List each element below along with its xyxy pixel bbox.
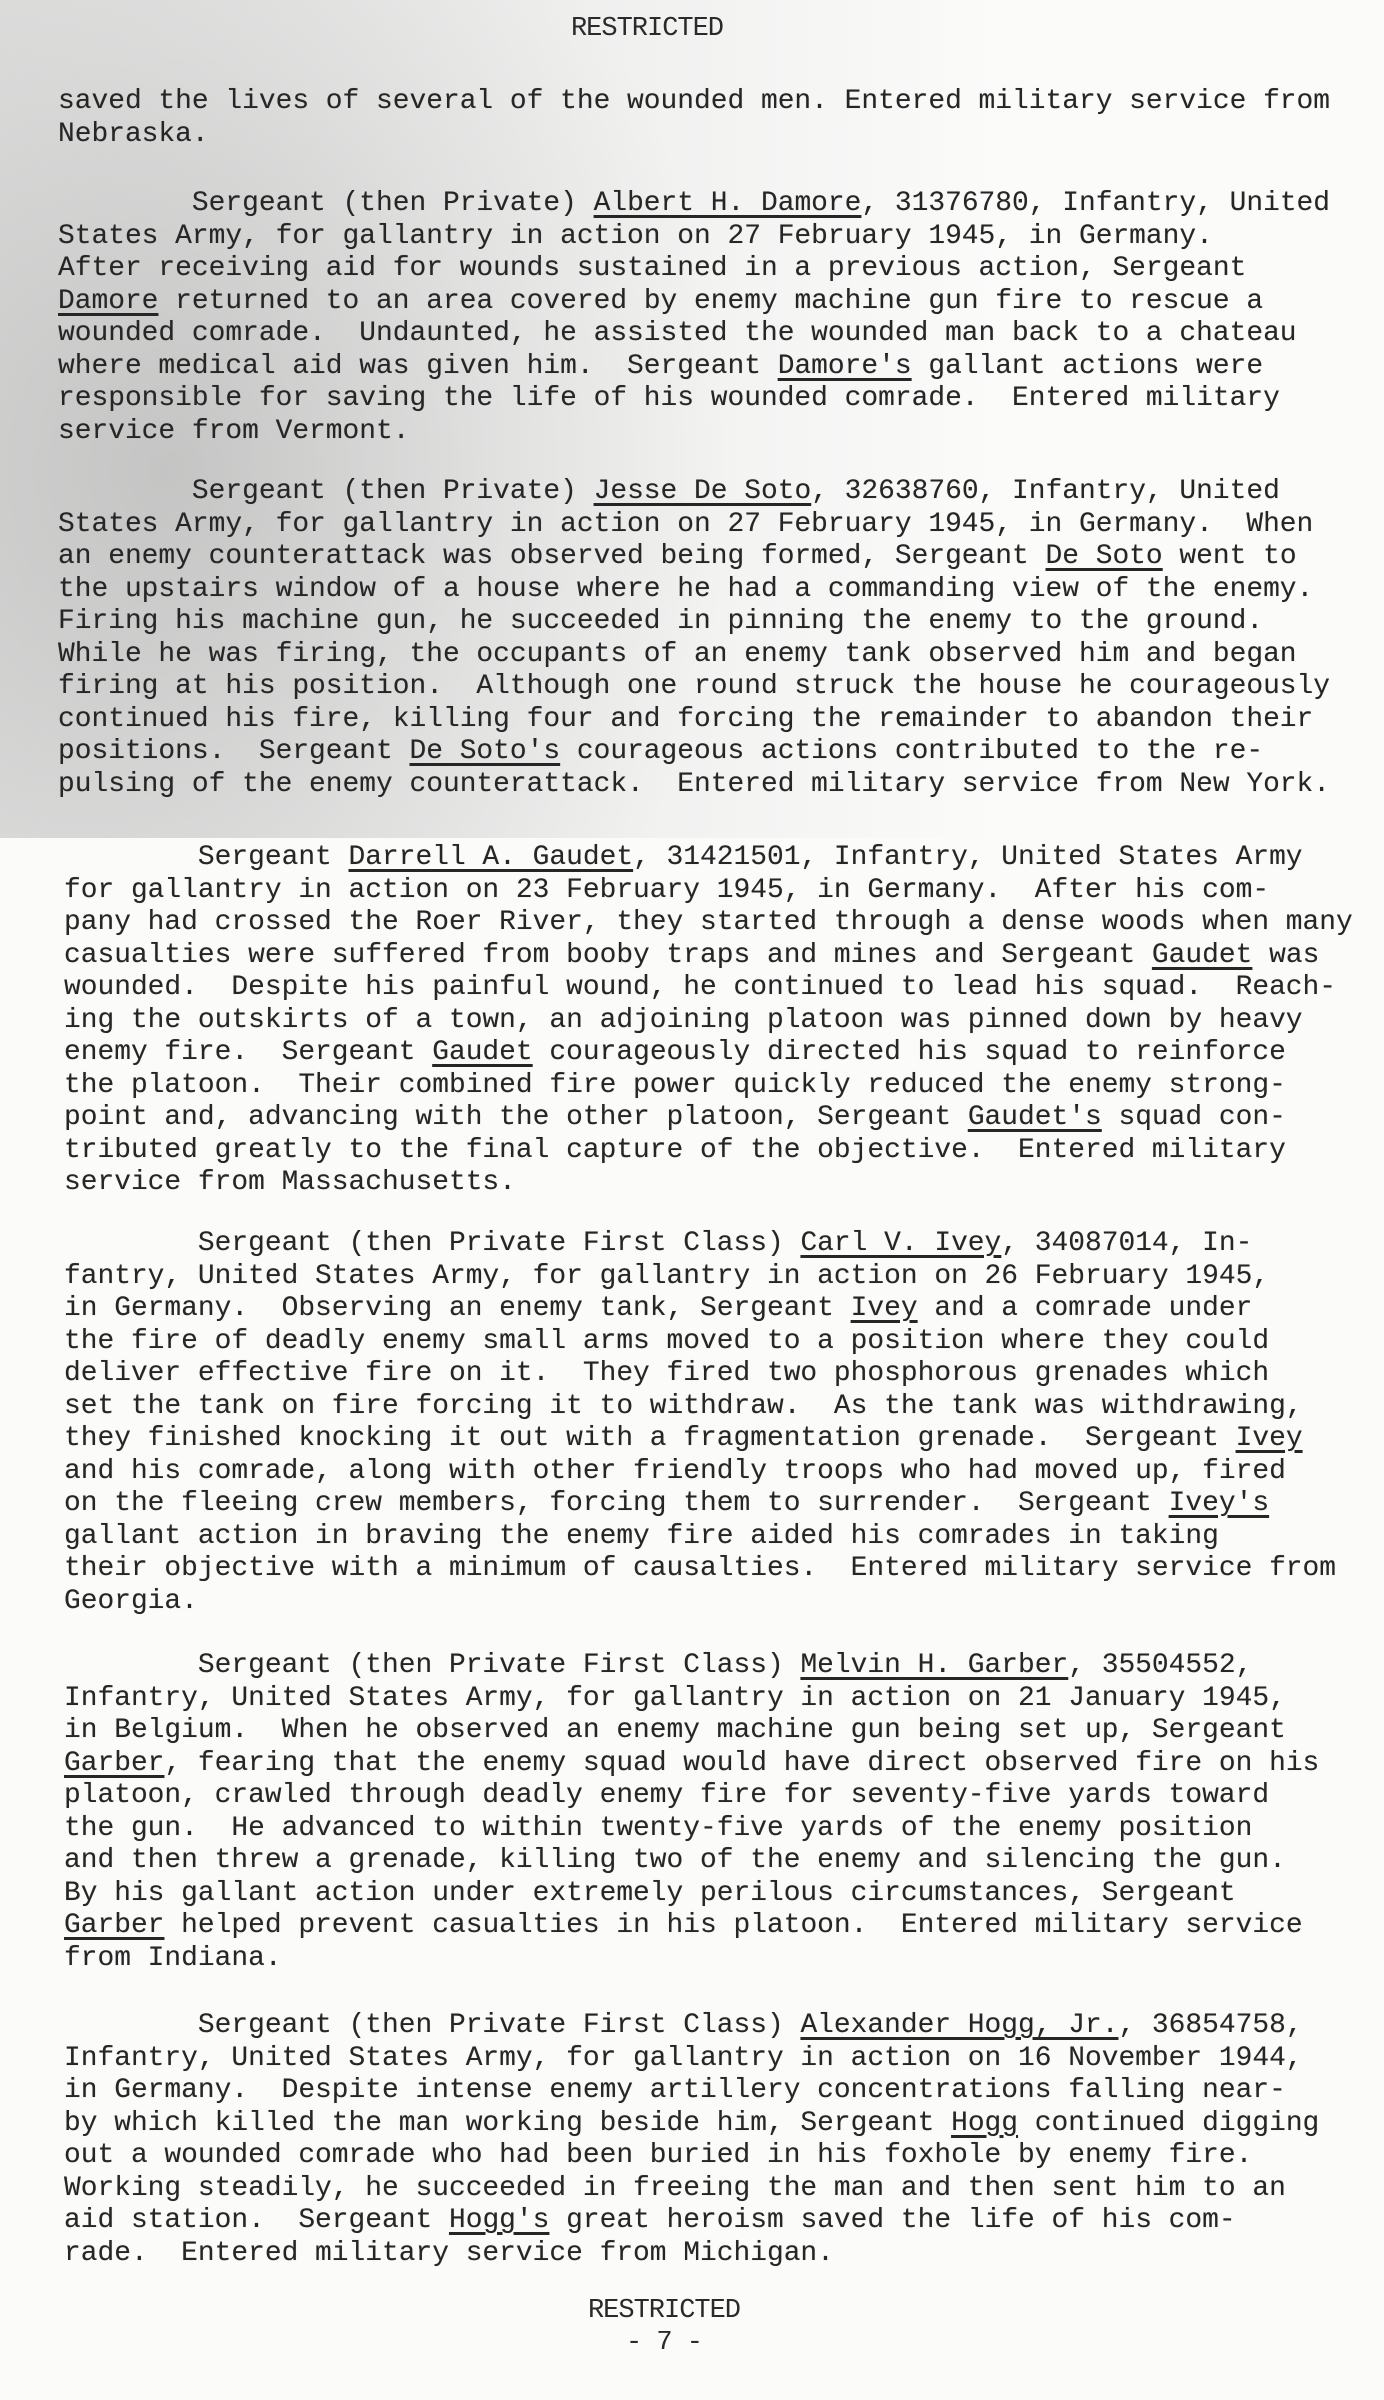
text-line: responsible for saving the life of his w… [58, 383, 1358, 416]
text-line: set the tank on fire forcing it to withd… [64, 1391, 1364, 1424]
text-line: by which killed the man working beside h… [64, 2108, 1364, 2141]
text-segment: firing at his position. Although one rou… [58, 671, 1330, 702]
text-segment: Nebraska. [58, 119, 209, 150]
text-line: out a wounded comrade who had been burie… [64, 2140, 1364, 2173]
text-segment: in Germany. Observing an enemy tank, Ser… [64, 1293, 851, 1324]
underlined-name: De Soto's [409, 736, 560, 767]
text-line: wounded. Despite his painful wound, he c… [64, 972, 1364, 1005]
text-line: Nebraska. [58, 119, 1358, 152]
text-segment: ing the outskirts of a town, an adjoinin… [64, 1005, 1303, 1036]
underlined-name: Garber [64, 1748, 164, 1779]
text-line: platoon, crawled through deadly enemy fi… [64, 1780, 1364, 1813]
text-segment: Sergeant (then Private) [58, 188, 594, 219]
underlined-name: Albert H. Damore [594, 188, 862, 219]
text-line: deliver effective fire on it. They fired… [64, 1358, 1364, 1391]
text-line: service from Massachusetts. [64, 1167, 1364, 1200]
text-segment: in Germany. Despite intense enemy artill… [64, 2075, 1286, 2106]
text-segment: pulsing of the enemy counterattack. Ente… [58, 769, 1330, 800]
text-segment: the fire of deadly enemy small arms move… [64, 1326, 1269, 1357]
underlined-name: Damore's [778, 351, 912, 382]
text-line: saved the lives of several of the wounde… [58, 86, 1358, 119]
text-segment: courageously directed his squad to reinf… [533, 1037, 1286, 1068]
text-segment: enemy fire. Sergeant [64, 1037, 432, 1068]
text-segment: the upstairs window of a house where he … [58, 574, 1313, 605]
text-segment: on the fleeing crew members, forcing the… [64, 1488, 1169, 1519]
text-line: the gun. He advanced to within twenty-fi… [64, 1813, 1364, 1846]
text-line: their objective with a minimum of causal… [64, 1553, 1364, 1586]
text-line: for gallantry in action on 23 February 1… [64, 875, 1364, 908]
text-segment: wounded. Despite his painful wound, he c… [64, 972, 1336, 1003]
text-line: and his comrade, along with other friend… [64, 1456, 1364, 1489]
text-line: continued his fire, killing four and for… [58, 704, 1358, 737]
text-segment: they finished knocking it out with a fra… [64, 1423, 1236, 1454]
text-segment: point and, advancing with the other plat… [64, 1102, 968, 1133]
text-segment: After receiving aid for wounds sustained… [58, 253, 1246, 284]
text-line: By his gallant action under extremely pe… [64, 1878, 1364, 1911]
text-segment: Sergeant (then Private First Class) [64, 1228, 800, 1259]
text-line: rade. Entered military service from Mich… [64, 2238, 1364, 2271]
text-line: Sergeant (then Private First Class) Carl… [64, 1228, 1364, 1261]
text-line: Firing his machine gun, he succeeded in … [58, 606, 1358, 639]
underlined-name: Hogg's [449, 2205, 549, 2236]
text-segment: their objective with a minimum of causal… [64, 1553, 1336, 1584]
text-segment: squad con- [1102, 1102, 1286, 1133]
text-segment: , fearing that the enemy squad would hav… [164, 1748, 1319, 1779]
text-segment: platoon, crawled through deadly enemy fi… [64, 1780, 1269, 1811]
underlined-name: Melvin H. Garber [800, 1650, 1068, 1681]
text-segment: casualties were suffered from booby trap… [64, 940, 1152, 971]
text-segment: pany had crossed the Roer River, they st… [64, 907, 1353, 938]
text-segment: gallant actions were [912, 351, 1263, 382]
text-line: Garber, fearing that the enemy squad wou… [64, 1748, 1364, 1781]
text-line: Infantry, United States Army, for gallan… [64, 2043, 1364, 2076]
classification-footer: RESTRICTED [0, 2296, 1356, 2326]
text-line: aid station. Sergeant Hogg's great heroi… [64, 2205, 1364, 2238]
text-line: After receiving aid for wounds sustained… [58, 253, 1358, 286]
page-number: - 7 - [0, 2328, 1356, 2358]
text-line: positions. Sergeant De Soto's courageous… [58, 736, 1358, 769]
underlined-name: Ivey [1236, 1423, 1303, 1454]
underlined-name: Gaudet [1152, 940, 1252, 971]
text-line: wounded comrade. Undaunted, he assisted … [58, 318, 1358, 351]
text-segment: , 36854758, [1118, 2010, 1302, 2041]
underlined-name: Jesse De Soto [594, 476, 812, 507]
text-segment: responsible for saving the life of his w… [58, 383, 1280, 414]
text-segment: for gallantry in action on 23 February 1… [64, 875, 1269, 906]
text-segment: saved the lives of several of the wounde… [58, 86, 1330, 117]
citation-paragraph-hogg: Sergeant (then Private First Class) Alex… [64, 2010, 1364, 2270]
text-segment: and then threw a grenade, killing two of… [64, 1845, 1286, 1876]
underlined-name: Gaudet's [968, 1102, 1102, 1133]
text-segment: By his gallant action under extremely pe… [64, 1878, 1236, 1909]
text-segment: Georgia. [64, 1586, 198, 1617]
text-line: fantry, United States Army, for gallantr… [64, 1261, 1364, 1294]
text-segment: States Army, for gallantry in action on … [58, 509, 1313, 540]
text-line: Garber helped prevent casualties in his … [64, 1910, 1364, 1943]
text-segment: , 31376780, Infantry, United [861, 188, 1330, 219]
text-segment: by which killed the man working beside h… [64, 2108, 951, 2139]
text-line: States Army, for gallantry in action on … [58, 221, 1358, 254]
text-segment: While he was firing, the occupants of an… [58, 639, 1297, 670]
text-segment: an enemy counterattack was observed bein… [58, 541, 1046, 572]
text-segment: Firing his machine gun, he succeeded in … [58, 606, 1263, 637]
text-segment: from Indiana. [64, 1943, 282, 1974]
text-line: Sergeant (then Private) Albert H. Damore… [58, 188, 1358, 221]
text-segment: States Army, for gallantry in action on … [58, 221, 1213, 252]
citation-paragraph-desoto: Sergeant (then Private) Jesse De Soto, 3… [58, 476, 1358, 801]
text-segment: service from Massachusetts. [64, 1167, 516, 1198]
underlined-name: Hogg [951, 2108, 1018, 2139]
text-segment: helped prevent casualties in his platoon… [164, 1910, 1302, 1941]
underlined-name: Gaudet [432, 1037, 532, 1068]
text-segment: Sergeant (then Private) [58, 476, 594, 507]
text-segment: , 31421501, Infantry, United States Army [633, 842, 1302, 873]
text-line: Sergeant (then Private) Jesse De Soto, 3… [58, 476, 1358, 509]
text-segment: courageous actions contributed to the re… [560, 736, 1263, 767]
text-line: service from Vermont. [58, 416, 1358, 449]
text-segment: in Belgium. When he observed an enemy ma… [64, 1715, 1286, 1746]
text-segment: service from Vermont. [58, 416, 409, 447]
text-line: in Belgium. When he observed an enemy ma… [64, 1715, 1364, 1748]
text-segment: positions. Sergeant [58, 736, 409, 767]
text-segment: , 32638760, Infantry, United [811, 476, 1280, 507]
citation-paragraph-damore: Sergeant (then Private) Albert H. Damore… [58, 188, 1358, 448]
text-line: pany had crossed the Roer River, they st… [64, 907, 1364, 940]
text-line: While he was firing, the occupants of an… [58, 639, 1358, 672]
text-segment: out a wounded comrade who had been burie… [64, 2140, 1252, 2171]
text-segment: Sergeant (then Private First Class) [64, 1650, 800, 1681]
text-line: they finished knocking it out with a fra… [64, 1423, 1364, 1456]
text-segment: tributed greatly to the final capture of… [64, 1135, 1286, 1166]
text-segment: Infantry, United States Army, for gallan… [64, 2043, 1303, 2074]
text-line: an enemy counterattack was observed bein… [58, 541, 1358, 574]
text-line: casualties were suffered from booby trap… [64, 940, 1364, 973]
text-line: the upstairs window of a house where he … [58, 574, 1358, 607]
text-line: the platoon. Their combined fire power q… [64, 1070, 1364, 1103]
text-line: gallant action in braving the enemy fire… [64, 1521, 1364, 1554]
text-line: in Germany. Observing an enemy tank, Ser… [64, 1293, 1364, 1326]
text-segment: wounded comrade. Undaunted, he assisted … [58, 318, 1297, 349]
text-line: pulsing of the enemy counterattack. Ente… [58, 769, 1358, 802]
text-line: Sergeant (then Private First Class) Alex… [64, 2010, 1364, 2043]
text-segment: deliver effective fire on it. They fired… [64, 1358, 1269, 1389]
text-segment: the gun. He advanced to within twenty-fi… [64, 1813, 1252, 1844]
underlined-name: Ivey's [1169, 1488, 1269, 1519]
text-line: the fire of deadly enemy small arms move… [64, 1326, 1364, 1359]
text-line: enemy fire. Sergeant Gaudet courageously… [64, 1037, 1364, 1070]
text-segment: went to [1163, 541, 1297, 572]
text-line: firing at his position. Although one rou… [58, 671, 1358, 704]
underlined-name: Ivey [851, 1293, 918, 1324]
underlined-name: Garber [64, 1910, 164, 1941]
underlined-name: Alexander Hogg, Jr. [800, 2010, 1118, 2041]
text-line: point and, advancing with the other plat… [64, 1102, 1364, 1135]
text-line: on the fleeing crew members, forcing the… [64, 1488, 1364, 1521]
text-line: tributed greatly to the final capture of… [64, 1135, 1364, 1168]
text-segment: and a comrade under [918, 1293, 1253, 1324]
citation-paragraph-ivey: Sergeant (then Private First Class) Carl… [64, 1228, 1364, 1618]
citation-paragraph-garber: Sergeant (then Private First Class) Melv… [64, 1650, 1364, 1975]
citation-paragraph-gaudet: Sergeant Darrell A. Gaudet, 31421501, In… [64, 842, 1364, 1200]
text-line: Georgia. [64, 1586, 1364, 1619]
text-segment: Sergeant [64, 842, 349, 873]
paragraph-continuation: saved the lives of several of the wounde… [58, 86, 1358, 151]
text-segment: , 34087014, In- [1001, 1228, 1252, 1259]
text-line: States Army, for gallantry in action on … [58, 509, 1358, 542]
text-segment: returned to an area covered by enemy mac… [158, 286, 1263, 317]
underlined-name: Carl V. Ivey [800, 1228, 1001, 1259]
text-line: Working steadily, he succeeded in freein… [64, 2173, 1364, 2206]
text-segment: continued his fire, killing four and for… [58, 704, 1313, 735]
text-segment: where medical aid was given him. Sergean… [58, 351, 778, 382]
text-line: Sergeant Darrell A. Gaudet, 31421501, In… [64, 842, 1364, 875]
text-segment: great heroism saved the life of his com- [549, 2205, 1235, 2236]
text-line: ing the outskirts of a town, an adjoinin… [64, 1005, 1364, 1038]
text-segment: Sergeant (then Private First Class) [64, 2010, 800, 2041]
text-segment: continued digging [1018, 2108, 1319, 2139]
text-line: Damore returned to an area covered by en… [58, 286, 1358, 319]
text-line: Sergeant (then Private First Class) Melv… [64, 1650, 1364, 1683]
text-segment: was [1252, 940, 1319, 971]
underlined-name: De Soto [1046, 541, 1163, 572]
text-line: Infantry, United States Army, for gallan… [64, 1683, 1364, 1716]
text-line: from Indiana. [64, 1943, 1364, 1976]
underlined-name: Darrell A. Gaudet [349, 842, 634, 873]
text-segment: Working steadily, he succeeded in freein… [64, 2173, 1286, 2204]
text-line: where medical aid was given him. Sergean… [58, 351, 1358, 384]
text-segment: gallant action in braving the enemy fire… [64, 1521, 1219, 1552]
text-segment: fantry, United States Army, for gallantr… [64, 1261, 1269, 1292]
text-segment: aid station. Sergeant [64, 2205, 449, 2236]
text-line: and then threw a grenade, killing two of… [64, 1845, 1364, 1878]
text-segment: rade. Entered military service from Mich… [64, 2238, 834, 2269]
text-line: in Germany. Despite intense enemy artill… [64, 2075, 1364, 2108]
text-segment: , 35504552, [1068, 1650, 1252, 1681]
classification-header: RESTRICTED [0, 14, 1339, 44]
text-segment: Infantry, United States Army, for gallan… [64, 1683, 1286, 1714]
text-segment: and his comrade, along with other friend… [64, 1456, 1286, 1487]
text-segment: the platoon. Their combined fire power q… [64, 1070, 1286, 1101]
underlined-name: Damore [58, 286, 158, 317]
text-segment: set the tank on fire forcing it to withd… [64, 1391, 1303, 1422]
